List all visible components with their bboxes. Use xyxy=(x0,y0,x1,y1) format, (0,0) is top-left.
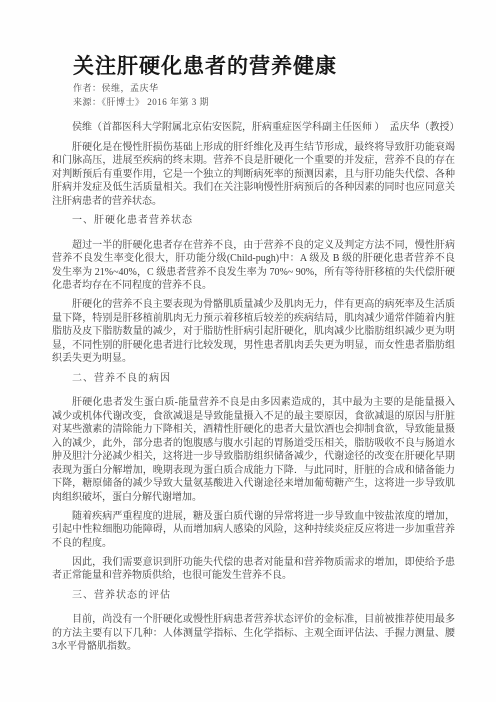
source-line: 来源：《肝博士》 2016 年第 3 期 xyxy=(73,96,455,108)
body-paragraph: 随着疾病严重程度的进展，糖及蛋白质代谢的异常将进一步导致血中铵盐浓度的增加，引起… xyxy=(52,510,455,551)
author-label: 作者： xyxy=(73,83,102,93)
body-paragraph: 肝硬化是在慢性肝损伤基础上形成的肝纤维化及再生结节形成，最终将导致肝功能衰竭和门… xyxy=(52,141,455,209)
author-line: 作者：侯维，孟庆华 xyxy=(73,82,455,94)
credit-line: 侯维（首都医科大学附属北京佑安医院，肝病重症医学科副主任医师 ） 孟庆华（教授） xyxy=(52,121,455,135)
body-paragraph: 超过一半的肝硬化患者存在营养不良，由于营养不良的定义及判定方法不同，慢性肝病营养… xyxy=(52,239,455,293)
section-heading: 三、营养状态的评估 xyxy=(52,589,455,603)
document-page: 关注肝硬化患者的营养健康 作者：侯维，孟庆华 来源：《肝博士》 2016 年第 … xyxy=(0,0,496,702)
author-value: 侯维，孟庆华 xyxy=(102,83,159,93)
section-heading: 二、营养不良的病因 xyxy=(52,372,455,386)
body-paragraph: 肝硬化的营养不良主要表现为骨骼肌质量减少及肌肉无力，伴有更高的病死率及生活质量下… xyxy=(52,298,455,366)
body-paragraph: 目前，尚没有一个肝硬化或慢性肝病患者营养状态评价的金标准，目前被推荐使用最多的方… xyxy=(52,613,455,654)
section-heading: 一、肝硬化患者营养状态 xyxy=(52,214,455,228)
source-label: 来源： xyxy=(73,97,102,107)
article-body: 肝硬化是在慢性肝损伤基础上形成的肝纤维化及再生结节形成，最终将导致肝功能衰竭和门… xyxy=(52,141,455,654)
body-paragraph: 肝硬化患者发生蛋白质-能量营养不良是由多因素造成的，其中最为主要的是能量摄入减少… xyxy=(52,396,455,504)
body-paragraph: 因此，我们需要意识到肝功能失代偿的患者对能量和营养物质需求的增加，即使给予患者正… xyxy=(52,556,455,583)
article-title: 关注肝硬化患者的营养健康 xyxy=(73,54,455,78)
source-value: 《肝博士》 2016 年第 3 期 xyxy=(102,97,210,107)
